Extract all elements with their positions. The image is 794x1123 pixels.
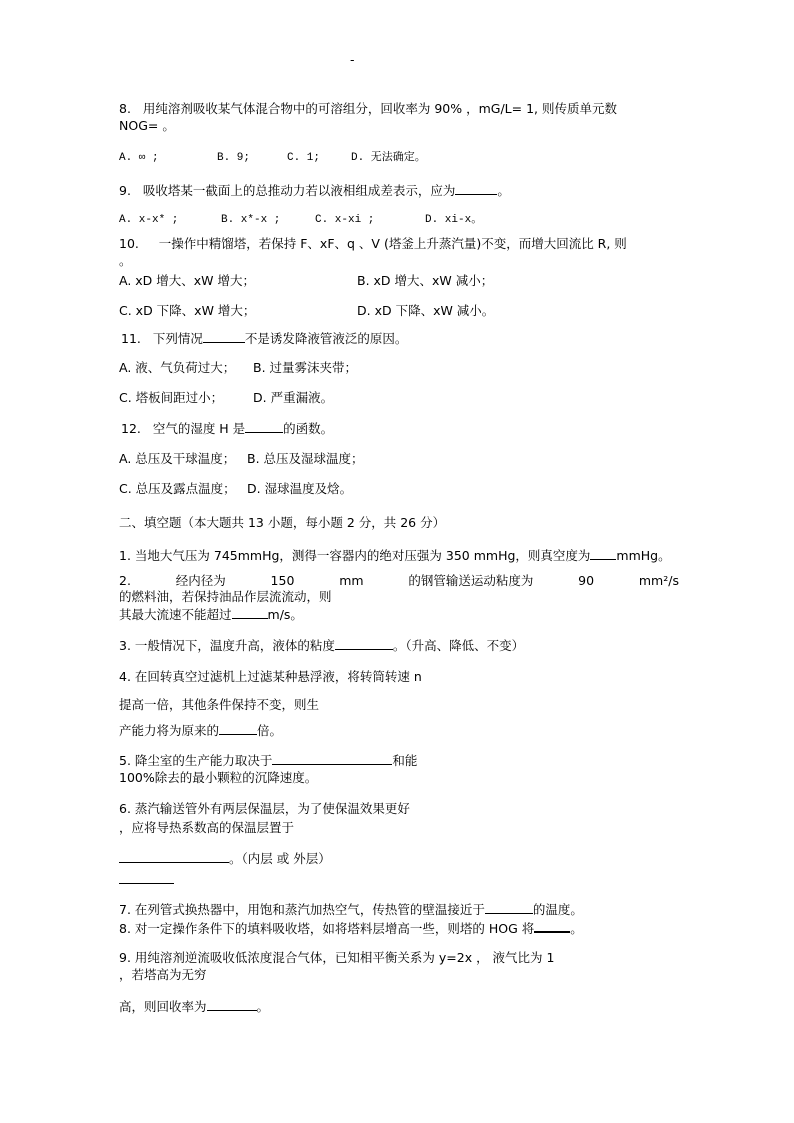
option-a[interactable]: A. xD 增大、xW 增大； [119,273,357,288]
choice-q12-options-row1: A. 总压及干球温度；B. 总压及湿球温度； [119,451,364,466]
fill-q9-line3: 高，则回收率为。 [119,998,269,1014]
answer-blank[interactable] [272,752,392,765]
option-c[interactable]: C. 塔板间距过小； [119,390,253,405]
answer-blank[interactable] [590,547,616,560]
option-d[interactable]: D. 无法确定。 [351,151,426,166]
answer-blank[interactable] [219,722,257,735]
choice-q10-options-row2: C. xD 下降、xW 增大；D. xD 下降、xW 减小。 [119,303,494,318]
q-text: 吸收塔某一截面上的总推动力若以液相组成差表示，应为 [143,183,456,198]
option-d[interactable]: D. xi-x。 [425,213,482,228]
option-c[interactable]: C. x-xi ; [315,213,425,228]
q-text: 经内径为 [176,573,226,588]
q-number: 2. [119,573,131,588]
q-tail: 的函数。 [283,421,333,436]
q-text: 空气的湿度 H 是 [153,421,245,436]
choice-q10-options-row1: A. xD 增大、xW 增大；B. xD 增大、xW 减小； [119,273,493,288]
answer-blank[interactable] [203,330,245,343]
choice-q8-options: A. ∞ ;B. 9;C. 1;D. 无法确定。 [119,151,426,166]
fill-q7: 7. 在列管式换热器中，用饱和蒸汽加热空气，传热管的壁温接近于的温度。 [119,901,583,917]
fill-q9-line1: 9. 用纯溶剂逆流吸收低浓度混合气体，已知相平衡关系为 y=2x ， 液气比为 … [119,950,554,965]
option-b[interactable]: B. xD 增大、xW 减小； [357,273,493,288]
fill-q4-line1: 4. 在回转真空过滤机上过滤某种悬浮液，将转筒转速 n [119,669,422,684]
fill-q1: 1. 当地大气压为 745mmHg，测得一容器内的绝对压强为 350 mmHg，… [119,547,671,563]
section-title: 二、填空题（本大题共 13 小题，每小题 2 分，共 26 分） [119,515,445,530]
q-text: 3. 一般情况下，温度升高，液体的粘度 [119,638,335,653]
option-d[interactable]: D. xD 下降、xW 减小。 [357,303,494,318]
fill-q6-line2: ，应将导热系数高的保温层置于 [119,820,294,835]
q-text: 一操作中精馏塔，若保持 F、xF、q 、V (塔釜上升蒸汽量)不变，而增大回流比… [159,236,627,251]
choice-q11-stem: 11. 下列情况不是诱发降液管液泛的原因。 [121,330,407,346]
fill-q9-line2: ，若塔高为无穷 [119,967,207,982]
q-text: 其最大流速不能超过 [119,607,232,622]
q-text: 90 [578,573,594,588]
fill-q6-line1: 6. 蒸汽输送管外有两层保温层，为了使保温效果更好 [119,801,410,816]
option-d[interactable]: D. 湿球温度及焓。 [247,481,352,496]
option-d[interactable]: D. 严重漏液。 [253,390,333,405]
choice-q9-options: A. x-x* ;B. x*-x ;C. x-xi ;D. xi-x。 [119,213,482,228]
q-tail: m/s。 [268,607,303,622]
option-a[interactable]: A. 总压及干球温度； [119,451,247,466]
option-b[interactable]: B. 过量雾沫夹带； [253,360,357,375]
q-text: mm²/s [639,573,679,588]
q-tail: 。（内层 或 外层） [229,851,331,866]
q-tail: 倍。 [257,723,282,738]
option-a[interactable]: A. x-x* ; [119,213,221,228]
q-tail: mmHg。 [616,548,670,563]
answer-blank[interactable] [232,606,268,619]
fill-q6-line3: 。（内层 或 外层） [119,850,331,866]
option-a[interactable]: A. 液、气负荷过大； [119,360,253,375]
fill-q5-line2: 100%除去的最小颗粒的沉降速度。 [119,770,317,785]
q-tail: 的温度。 [533,902,583,917]
choice-q8-stem: 8. 用纯溶剂吸收某气体混合物中的可溶组分，回收率为 90% ，mG/L= 1,… [119,101,617,116]
choice-q10-stem: 10. 一操作中精馏塔，若保持 F、xF、q 、V (塔釜上升蒸汽量)不变，而增… [119,236,627,251]
q-tail: 和能 [392,753,417,768]
option-c[interactable]: C. xD 下降、xW 增大； [119,303,357,318]
fill-q2-line1: 2. 经内径为 150 mm 的钢管输送运动粘度为 90 mm²/s [119,573,679,588]
option-b[interactable]: B. x*-x ; [221,213,315,228]
answer-blank[interactable] [534,919,570,933]
q-tail: 。（升高、降低、不变） [393,638,524,653]
header-mark: - [350,52,355,67]
choice-q11-options-row2: C. 塔板间距过小；D. 严重漏液。 [119,390,333,405]
option-c[interactable]: C. 总压及露点温度； [119,481,247,496]
q-text: 产能力将为原来的 [119,723,219,738]
q-text: 8. 对一定操作条件下的填料吸收塔，如将塔料层增高一些，则塔的 HOG 将 [119,921,534,936]
choice-q9-stem: 9. 吸收塔某一截面上的总推动力若以液相组成差表示，应为。 [119,182,510,198]
answer-blank[interactable] [207,998,257,1011]
option-b[interactable]: B. 总压及湿球温度； [247,451,364,466]
q-tail: 。 [570,921,583,936]
q-tail: 。 [257,999,270,1014]
fill-q4-line2: 提高一倍，其他条件保持不变，则生 [119,697,319,712]
q-text: 下列情况 [153,331,203,346]
answer-blank[interactable] [245,420,283,433]
q-text: mm [339,573,363,588]
answer-blank[interactable] [455,182,497,195]
q-text: 7. 在列管式换热器中，用饱和蒸汽加热空气，传热管的壁温接近于 [119,902,485,917]
q-text: 用纯溶剂吸收某气体混合物中的可溶组分，回收率为 90% ，mG/L= 1, 则传… [143,101,617,116]
choice-q12-stem: 12. 空气的湿度 H 是的函数。 [121,420,333,436]
q-number: 11. [121,331,141,346]
q-number: 10. [119,236,139,251]
answer-blank[interactable] [335,637,393,650]
q-text: 高，则回收率为 [119,999,207,1014]
fill-q4-line3: 产能力将为原来的倍。 [119,722,282,738]
fill-q2-line2: 的燃料油，若保持油品作层流流动，则 [119,589,332,604]
q-text: 1. 当地大气压为 745mmHg，测得一容器内的绝对压强为 350 mmHg，… [119,548,590,563]
fill-q3: 3. 一般情况下，温度升高，液体的粘度。（升高、降低、不变） [119,637,524,653]
q-text: 150 [271,573,295,588]
choice-q11-options-row1: A. 液、气负荷过大；B. 过量雾沫夹带； [119,360,357,375]
q-tail: 。 [497,183,510,198]
answer-blank[interactable] [485,901,533,914]
fill-q5-line1: 5. 降尘室的生产能力取决于和能 [119,752,417,768]
q-number: 12. [121,421,141,436]
choice-q8-stem-cont: NOG= 。 [119,118,175,133]
q-text: 5. 降尘室的生产能力取决于 [119,753,272,768]
q-tail: 不是诱发降液管液泛的原因。 [245,331,408,346]
divider-line [119,883,174,884]
q-number: 8. [119,101,131,116]
q-number: 9. [119,183,131,198]
choice-q12-options-row2: C. 总压及露点温度；D. 湿球温度及焓。 [119,481,352,496]
choice-q10-stem-cont: 。 [119,253,132,268]
fill-q8: 8. 对一定操作条件下的填料吸收塔，如将塔料层增高一些，则塔的 HOG 将。 [119,919,583,936]
option-a[interactable]: A. ∞ ; [119,151,217,166]
q-text: 的钢管输送运动粘度为 [408,573,533,588]
option-b[interactable]: B. 9; [217,151,287,166]
option-c[interactable]: C. 1; [287,151,351,166]
answer-blank[interactable] [119,850,229,863]
fill-q2-line3: 其最大流速不能超过m/s。 [119,606,303,622]
